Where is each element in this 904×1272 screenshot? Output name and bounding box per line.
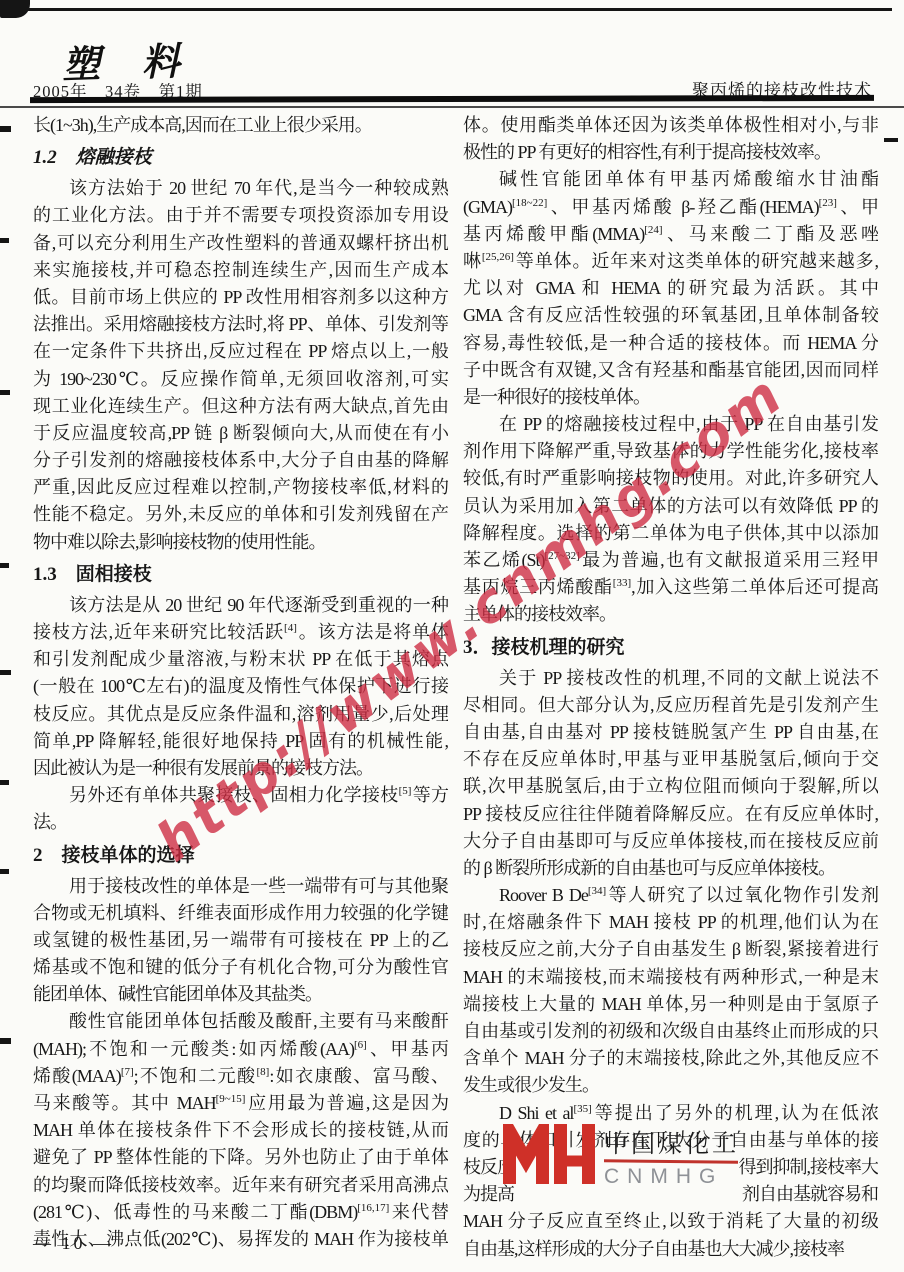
text-line: PP 接枝反应往往伴随着降解反应。在有反应单体时, (463, 801, 878, 828)
text-line: 联,次甲基脱氢后,由于立构位阻而倾向于裂解,所以 (463, 773, 878, 800)
cnmhg-logo-monogram-icon (503, 1124, 595, 1184)
text-line: 物中难以除去,影响接枝物的使用性能。 (33, 529, 448, 556)
scan-artifact (0, 869, 9, 874)
text-line: 该方法是从 20 世纪 90 年代逐渐受到重视的一种 (33, 592, 448, 619)
text-line: 自由基,这样形成的大分子自由基也大大减少,接枝率 (463, 1236, 878, 1263)
scan-artifact (0, 126, 11, 132)
text-line: 性能不稳定。另外,未反应的单体和引发剂残留在产 (33, 501, 448, 528)
text-line: MAH 的末端接枝,而末端接枝有两种形式,一种是末 (463, 964, 878, 991)
text-line: 降解程度。选择的第二单体为电子供体,其中以添加 (463, 520, 878, 547)
text-line: 大分子自由基即可与反应单体接枝,而在接枝反应前 (463, 828, 878, 855)
right-column: 体。使用酯类单体还因为该类单体极性相对小,与非极性的 PP 有更好的相容性,有利… (463, 112, 878, 1263)
text-line: 啉[25,26]等单体。近年来对这类单体的研究越来越多, (463, 248, 878, 275)
cnmhg-underline (604, 1159, 738, 1163)
text-line: 简单,PP 降解轻,能很好地保持 PP 固有的机械性能, (33, 728, 448, 755)
text-line: 时,在熔融条件下 MAH 接枝 PP 的机理,他们认为在 (463, 909, 878, 936)
cnmhg-logo: 中国煤化工 CNMHG (503, 1124, 739, 1189)
text-line: 较低,有时严重影响接枝物的使用。对此,许多研究人 (463, 465, 878, 492)
header-rule-thin (0, 106, 904, 108)
text-line: 备,可以充分利用生产改性塑料的普通双螺杆挤出机 (33, 230, 448, 257)
text-line: 含单个 MAH 分子的末端接枝,除此之外,其他反应不 (463, 1045, 878, 1072)
text-line: 基丙烷三丙烯酸酯[33],加入这些第二单体后还可提高 (463, 574, 878, 601)
text-line: 的工业化方法。由于并不需要专项投资添加专用设 (33, 202, 448, 229)
text-line: 不存在反应单体时,甲基与亚甲基脱氢后,倾向于交 (463, 746, 878, 773)
text-line: 为 190~230℃。反应操作简单,无须回收溶剂,可实 (33, 366, 448, 393)
text-line: 因此被认为是一种很有发展前景的接枝方法。 (33, 755, 448, 782)
text-line: 关于 PP 接枝改性的机理,不同的文献上说法不 (463, 665, 878, 692)
text-line: 严重,因此反应过程难以控制,产物接枝率低,材料的 (33, 474, 448, 501)
section-heading: 1.3 固相接枝 (33, 559, 448, 590)
text-line: 现工业化连续生产。但这种方法有两大缺点,首先由 (33, 393, 448, 420)
left-column: 长(1~3h),生产成本高,因而在工业上很少采用。1.2 熔融接枝该方法始于 2… (33, 112, 448, 1263)
text-line: 马来酸等。其中 MAH[9~15]应用最为普遍,这是因为 (33, 1090, 448, 1117)
scan-artifact (884, 138, 898, 142)
text-line: 容易,毒性较低,是一种合适的接枝体。而 HEMA 分 (463, 330, 878, 357)
scan-artifact (0, 563, 9, 568)
text-line: 自由基,自由基对 PP 接枝链脱氢产生 PP 自由基,在 (463, 719, 878, 746)
text-line: 于反应温度较高,PP 链 β 断裂倾向大,从而使在有小 (33, 420, 448, 447)
section-heading: 2 接枝单体的选择 (33, 840, 448, 871)
text-line: 的均聚而降低接枝效率。近年来有研究者采用高沸点 (33, 1172, 448, 1199)
scan-artifact (0, 670, 11, 675)
text-line: 烯酸(MAA)[7];不饱和二元酸[8]:如衣康酸、富马酸、 (33, 1063, 448, 1090)
text-line: 在 PP 的熔融接枝过程中,由于 PP 在自由基引发 (463, 411, 878, 438)
scan-artifact (0, 238, 9, 243)
text-line: 合物或无机填料、纤维表面形成作用力较强的化学键 (33, 900, 448, 927)
text-line: 法。 (33, 809, 448, 836)
cnmhg-name-cn: 中国煤化工 (604, 1124, 739, 1159)
text-line: (一般在 100℃左右)的温度及惰性气体保护下进行接 (33, 673, 448, 700)
text-line: 酸性官能团单体包括酸及酸酐,主要有马来酸酐 (33, 1008, 448, 1035)
header-rule-thick (30, 95, 874, 103)
text-line: 长(1~3h),生产成本高,因而在工业上很少采用。 (33, 112, 448, 139)
text-line: 低。目前市场上供应的 PP 改性用相容剂多以这种方 (33, 284, 448, 311)
text-line: (GMA)[18~22]、甲基丙烯酸 β-羟乙酯(HEMA)[23]、甲 (463, 194, 878, 221)
section-heading: 3．接枝机理的研究 (463, 632, 878, 663)
text-line: 用于接枝改性的单体是一些一端带有可与其他聚 (33, 873, 448, 900)
text-line: 接枝方法,近年来研究比较活跃[4]。该方法是将单体 (33, 619, 448, 646)
text-line: 该方法始于 20 世纪 70 年代,是当今一种较成熟 (33, 175, 448, 202)
text-line: 主单体的接枝效率。 (463, 601, 878, 628)
text-line: 体。使用酯类单体还因为该类单体极性相对小,与非 (463, 112, 878, 139)
text-line: 接枝反应之前,大分子自由基发生 β 断裂,紧接着进行 (463, 936, 878, 963)
text-line: 另外还有单体共聚接枝、固相力化学接枝[5]等方 (33, 782, 448, 809)
article-body: 长(1~3h),生产成本高,因而在工业上很少采用。1.2 熔融接枝该方法始于 2… (33, 112, 878, 1263)
text-line: 分子引发剂的熔融接枝体系中,大分子自由基的降解 (33, 447, 448, 474)
text-line: 尤以对 GMA 和 HEMA 的研究最为活跃。其中 (463, 275, 878, 302)
scan-artifact (0, 390, 10, 395)
text-line: 剂作用下降解严重,导致基体的力学性能劣化,接枝率 (463, 438, 878, 465)
text-line: Roover B De[34]等人研究了以过氧化物作引发剂 (463, 882, 878, 909)
text-line: 的 β 断裂所形成新的自由基也可与反应单体接枝。 (463, 855, 878, 882)
text-line: MAH 分子反应直至终止,以致于消耗了大量的初级 (463, 1208, 878, 1235)
text-line: (MAH);不饱和一元酸类:如丙烯酸(AA)[6]、甲基丙 (33, 1036, 448, 1063)
text-line: 基丙烯酸甲酯(MMA)[24]、马来酸二丁酯及恶唑 (463, 221, 878, 248)
cnmhg-logo-text: 中国煤化工 CNMHG (604, 1124, 739, 1189)
text-line: 法推出。采用熔融接枝方法时,将 PP、单体、引发剂等 (33, 311, 448, 338)
section-heading: 1.2 熔融接枝 (33, 142, 448, 173)
text-line: 子中既含有双键,又含有羟基和酯基官能团,因而同样 (463, 357, 878, 384)
text-line: 员认为采用加入第二单体的方法可以有效降低 PP 的 (463, 493, 878, 520)
scan-artifact-topline (14, 8, 892, 11)
text-line: 在一定条件下共挤出,反应过程在 PP 熔点以上,一般 (33, 338, 448, 365)
text-line: 来实施接枝,并可稳态控制连续生产,因而生产成本 (33, 257, 448, 284)
text-line: 能团单体、碱性官能团单体及其盐类。 (33, 981, 448, 1008)
text-line: D Shi et al[35]等提出了另外的机理,认为在低浓 (463, 1100, 878, 1127)
text-line: (281℃)、低毒性的马来酸二丁酯(DBM)[16,17]来代替 (33, 1199, 448, 1226)
text-line: 碱性官能团单体有甲基丙烯酸缩水甘油酯 (463, 166, 878, 193)
text-line: 烯基或不饱和键的低分子有机化合物,可分为酸性官 (33, 954, 448, 981)
text-line: MAH 单体在接枝条件下不会形成长的接枝链,从而 (33, 1117, 448, 1144)
text-line: 发生或很少发生。 (463, 1072, 878, 1099)
text-line: 极性的 PP 有更好的相容性,有利于提高接枝效率。 (463, 139, 878, 166)
scan-artifact (0, 780, 9, 785)
text-line: 尽相同。但大部分认为,反应历程首先是引发剂产生 (463, 692, 878, 719)
text-line: 苯乙烯(St)[27~32]最为普遍,也有文献报道采用三羟甲 (463, 547, 878, 574)
text-line: 自由基或引发剂的初级和次级自由基终止而形成的只 (463, 1018, 878, 1045)
text-line: 和引发剂配成少量溶液,与粉末状 PP 在低于其熔点 (33, 646, 448, 673)
text-line: 是一种很好的接枝单体。 (463, 384, 878, 411)
text-line: 毒性大、沸点低(202℃)、易挥发的 MAH 作为接枝单 (33, 1226, 448, 1253)
cnmhg-name-en: CNMHG (604, 1165, 739, 1189)
text-line: 或氢键的极性基团,另一端带有可接枝在 PP 上的乙 (33, 927, 448, 954)
text-line: 端接枝上大量的 MAH 单体,另一种则是由于氢原子 (463, 991, 878, 1018)
text-line: 枝反应。其优点是反应条件温和,溶剂用量少,后处理 (33, 701, 448, 728)
scan-artifact (0, 1038, 11, 1044)
text-line: 避免了 PP 整体性能的下降。另外也防止了由于单体 (33, 1144, 448, 1171)
text-line: GMA 含有反应活性较强的环氧基团,且单体制备较 (463, 302, 878, 329)
